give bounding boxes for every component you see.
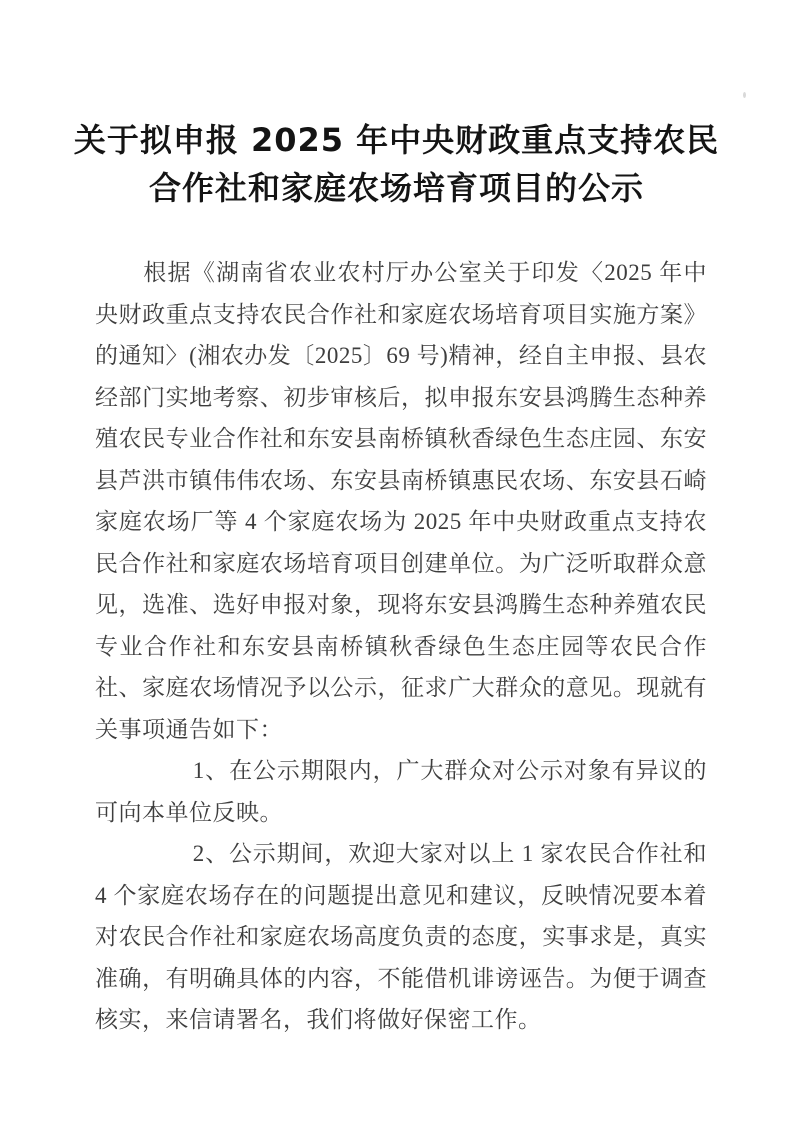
paragraph-item-1: 1、在公示期限内，广大群众对公示对象有异议的可向本单位反映。 bbox=[95, 750, 707, 833]
document-page: 关于拟申报 2025 年中央财政重点支持农民 合作社和家庭农场培育项目的公示 根… bbox=[0, 0, 793, 1122]
scan-artifact bbox=[743, 92, 746, 98]
document-title-line-1: 关于拟申报 2025 年中央财政重点支持农民 bbox=[0, 116, 793, 164]
paragraph-item-2: 2、公示期间，欢迎大家对以上 1 家农民合作社和 4 个家庭农场存在的问题提出意… bbox=[95, 833, 707, 1041]
document-title-line-2: 合作社和家庭农场培育项目的公示 bbox=[0, 164, 793, 212]
paragraph-intro: 根据《湖南省农业农村厅办公室关于印发〈2025 年中央财政重点支持农民合作社和家… bbox=[95, 252, 707, 750]
document-body: 根据《湖南省农业农村厅办公室关于印发〈2025 年中央财政重点支持农民合作社和家… bbox=[95, 252, 707, 1041]
document-title: 关于拟申报 2025 年中央财政重点支持农民 合作社和家庭农场培育项目的公示 bbox=[0, 116, 793, 212]
